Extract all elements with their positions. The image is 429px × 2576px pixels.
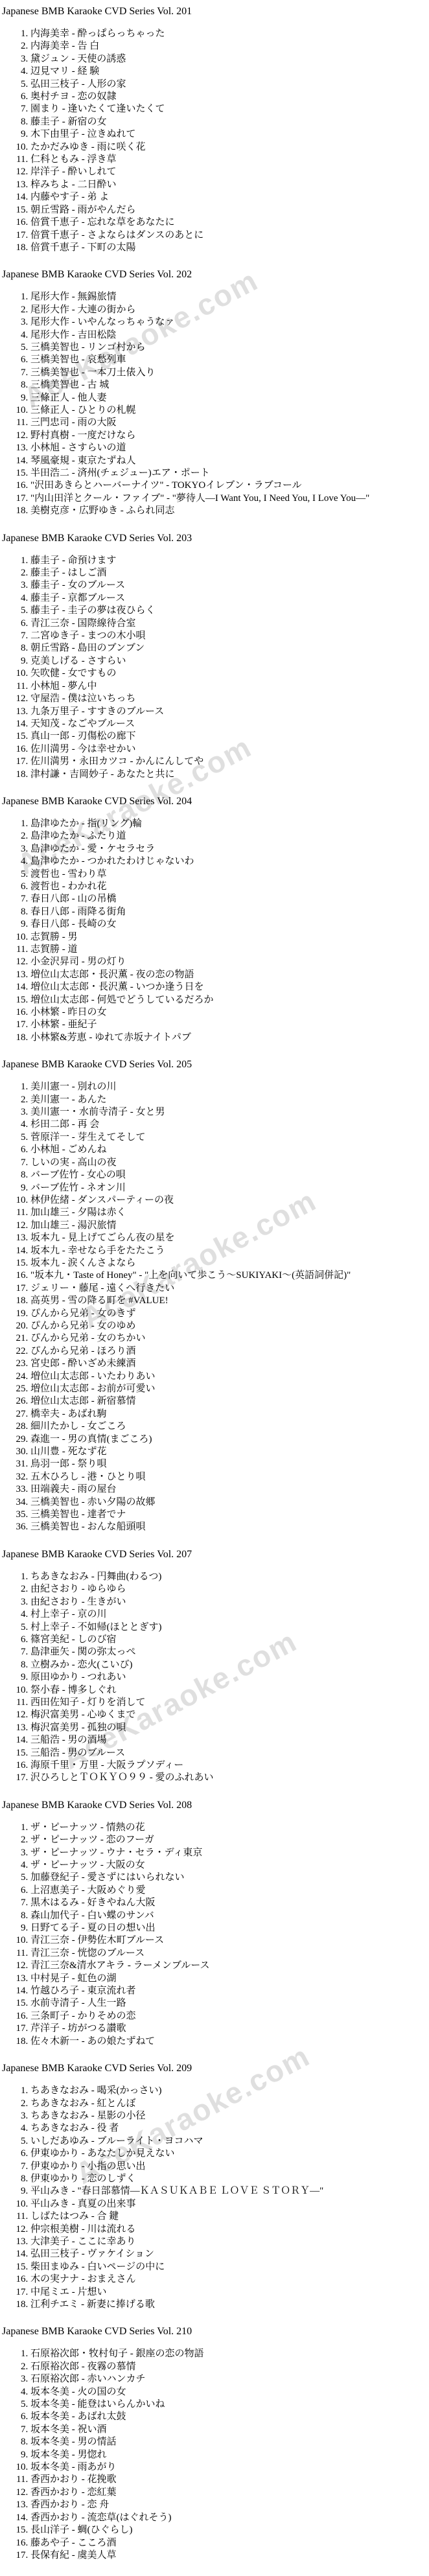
section-title: Japanese BMB Karaoke CVD Series Vol. 210 xyxy=(2,2325,429,2338)
track-item: 坂本冬美 - 能登はいらんかいね xyxy=(30,2398,429,2411)
track-item: 藤あや子 - こころ酒 xyxy=(30,2537,429,2549)
track-item: 祭小春 - 博多しぐれ xyxy=(30,1684,429,1697)
track-item: 伊東ゆかり - 小指の思い出 xyxy=(30,2161,429,2173)
track-item: 石原裕次郎 - 赤いハンカチ xyxy=(30,2373,429,2385)
track-item: 橋幸夫 - あばれ駒 xyxy=(30,1408,429,1421)
track-item: 村上幸子 - 不如帰(ほととぎす) xyxy=(30,1621,429,1634)
series-section: Japanese BMB Karaoke CVD Series Vol. 207… xyxy=(2,1548,429,1785)
track-item: 田端義夫 - 雨の屋台 xyxy=(30,1483,429,1496)
track-item: たかだみゆき - 雨に咲く花 xyxy=(30,141,429,154)
track-item: 仲宗根美樹 - 川は流れる xyxy=(30,2223,429,2236)
track-item: 渡哲也 - わかれ花 xyxy=(30,881,429,893)
track-item: 海原千里・万里 - 大阪ラプソディー xyxy=(30,1759,429,1772)
track-item: 坂本冬美 - 男惚れ xyxy=(30,2449,429,2461)
track-list: 石原裕次郎・牧村旬子 - 銀座の恋の物語石原裕次郎 - 夜霧の慕情石原裕次郎 -… xyxy=(2,2348,429,2562)
track-item: 小林旭 - 夢ん中 xyxy=(30,680,429,693)
track-item: 尾形大作 - 無錫旅情 xyxy=(30,291,429,303)
track-item: 佐川満男 - 今は幸せかい xyxy=(30,743,429,756)
track-item: 三條正人 - 他人妻 xyxy=(30,392,429,404)
track-item: 江利チエミ - 新妻に捧げる歌 xyxy=(30,2299,429,2311)
track-item: 園まり - 逢いたくて逢いたくて xyxy=(30,103,429,115)
track-item: 尾形大作 - いやんなっちゃうなァ xyxy=(30,316,429,329)
section-title: Japanese BMB Karaoke CVD Series Vol. 209 xyxy=(2,2062,429,2075)
track-item: 小金沢昇司 - 男の灯り xyxy=(30,956,429,968)
track-item: 森進一 - 男の真情(まごころ) xyxy=(30,1433,429,1446)
track-item: 五木ひろし - 港・ひとり唄 xyxy=(30,1471,429,1483)
track-item: 三船浩 - 男の酒場 xyxy=(30,1734,429,1746)
section-title: Japanese BMB Karaoke CVD Series Vol. 204 xyxy=(2,795,429,808)
track-list: 藤圭子 - 命預けます藤圭子 - はしご酒藤圭子 - 女のブルース藤圭子 - 京… xyxy=(2,555,429,781)
track-item: 尾形大作 - 吉田松陰 xyxy=(30,329,429,342)
track-item: 伊東ゆかり - 恋のしずく xyxy=(30,2173,429,2185)
series-section: Japanese BMB Karaoke CVD Series Vol. 208… xyxy=(2,1799,429,2048)
track-item: 渡哲也 - 雪わり草 xyxy=(30,868,429,881)
track-item: 三橋美智也 - 哀愁列車 xyxy=(30,354,429,366)
track-item: 尾形大作 - 大連の街から xyxy=(30,304,429,316)
track-item: 坂本冬美 - 祝い酒 xyxy=(30,2424,429,2436)
track-item: 小林繁 - 亜紀子 xyxy=(30,1019,429,1031)
track-item: 梅沢富美男 - 心ゆくまで xyxy=(30,1709,429,1721)
track-item: 倍賞千恵子 - さよならはダンスのあとに xyxy=(30,229,429,242)
track-item: "内山田洋とクール・ファイブ" - "夢待人―I Want You, I Nee… xyxy=(30,493,429,505)
track-item: 加山雄三 - 湯沢旅情 xyxy=(30,1220,429,1232)
track-item: 島津ゆたか - ふたり道 xyxy=(30,830,429,842)
track-item: 青江三奈 - 恍惚のブルース xyxy=(30,1947,429,1960)
track-item: 坂本冬美 - 雨あがり xyxy=(30,2461,429,2474)
track-item: 長山洋子 - 蜩(ひぐらし) xyxy=(30,2524,429,2536)
track-item: 辺見マリ - 経 験 xyxy=(30,65,429,78)
track-item: ぴんから兄弟 - 女のちかい xyxy=(30,1332,429,1345)
track-item: 島津ゆたか - つかれたわけじゃないわ xyxy=(30,855,429,868)
track-item: 半田浩二 - 済州(チェジュー)エア・ポート xyxy=(30,467,429,480)
track-item: 志賀勝 - 男 xyxy=(30,931,429,944)
track-item: 林伊佐緒 - ダンスパーティーの夜 xyxy=(30,1194,429,1207)
track-item: 高英男 - 雪の降る町を #VALUE! xyxy=(30,1295,429,1307)
track-item: ジェリー・藤尾 - 遠くへ行きたい xyxy=(30,1282,429,1295)
track-item: 琴風豪規 - 東京たずね人 xyxy=(30,455,429,467)
track-item: 天知茂 - なごやブルース xyxy=(30,718,429,730)
track-item: 木下由里子 - 泣きぬれて xyxy=(30,128,429,141)
track-item: 矢吹健 - 女ですもの xyxy=(30,667,429,680)
track-item: 平山みき - 真夏の出来事 xyxy=(30,2198,429,2210)
track-item: 春日八郎 - 雨降る街角 xyxy=(30,906,429,918)
track-item: 木の実ナナ - おまえさん xyxy=(30,2273,429,2286)
track-item: 三橋美智也 - 達者でナ xyxy=(30,1509,429,1521)
track-item: 上沼恵美子 - 大阪めぐり愛 xyxy=(30,1885,429,1897)
track-item: ちあきなおみ - 円舞曲(わるつ) xyxy=(30,1571,429,1583)
track-item: 真山一郎 - 刃傷松の廊下 xyxy=(30,730,429,743)
track-item: 梅沢富美男 - 孤独の唄 xyxy=(30,1722,429,1734)
track-item: 増位山太志郎 - 何処でどうしているだろか xyxy=(30,994,429,1006)
track-item: 内海美幸 - 酔っぱらっちゃった xyxy=(30,28,429,40)
track-item: 三橋美智也 - 古 城 xyxy=(30,379,429,391)
track-item: 増位山太志郎・長沢薫 - いつか逢う日を xyxy=(30,981,429,993)
track-item: 内海美幸 - 告 白 xyxy=(30,40,429,52)
track-item: ザ・ピーナッツ - ウナ・セラ・ディ東京 xyxy=(30,1847,429,1859)
track-item: 篠宮美紀 - しのび宿 xyxy=(30,1634,429,1646)
track-item: 坂本冬美 - あばれ太鼓 xyxy=(30,2411,429,2423)
track-item: ザ・ピーナッツ - 情熱の花 xyxy=(30,1822,429,1834)
section-title: Japanese BMB Karaoke CVD Series Vol. 207 xyxy=(2,1548,429,1561)
track-item: 仁科ともみ - 浮き草 xyxy=(30,154,429,166)
track-item: 島津ゆたか - 指(リング)輪 xyxy=(30,818,429,830)
track-list: 尾形大作 - 無錫旅情尾形大作 - 大連の街から尾形大作 - いやんなっちゃうな… xyxy=(2,291,429,517)
track-item: 三條正人 - ひとりの札幌 xyxy=(30,404,429,417)
track-item: 水前寺清子 - 人生一路 xyxy=(30,1997,429,2010)
track-item: 竹越ひろ子 - 東京流れ者 xyxy=(30,1985,429,1997)
track-item: 坂本冬美 - 男の情話 xyxy=(30,2436,429,2448)
track-item: 倍賞千恵子 - 下町の太陽 xyxy=(30,242,429,254)
track-list: ちあきなおみ - 円舞曲(わるつ)由紀さおり - ゆらゆら由紀さおり - 生きが… xyxy=(2,1571,429,1785)
track-item: しばたはつみ - 合 鍵 xyxy=(30,2210,429,2223)
track-item: 黛ジュン - 天使の誘惑 xyxy=(30,53,429,65)
track-item: 石原裕次郎・牧村旬子 - 銀座の恋の物語 xyxy=(30,2348,429,2360)
track-item: 中尾ミエ - 片想い xyxy=(30,2286,429,2299)
track-item: 香西かおり - 花挽歌 xyxy=(30,2474,429,2486)
track-item: 三橋美智也 - おんな船頭唄 xyxy=(30,1521,429,1533)
track-item: 津村謙・吉岡妙子 - あなたと共に xyxy=(30,769,429,781)
track-item: 三橋美智也 - 赤い夕陽の故郷 xyxy=(30,1496,429,1509)
track-item: 三橋美智也 - 一本刀土俵入り xyxy=(30,367,429,379)
track-list: 島津ゆたか - 指(リング)輪島津ゆたか - ふたり道島津ゆたか - 愛・ケセラ… xyxy=(2,818,429,1044)
track-item: 美樹克彦・広野ゆき - ふられ同志 xyxy=(30,505,429,517)
track-item: ぴんから兄弟 - 女のきず xyxy=(30,1308,429,1320)
series-section: Japanese BMB Karaoke CVD Series Vol. 204… xyxy=(2,795,429,1044)
track-item: 九条万里子 - すすきのブルース xyxy=(30,706,429,718)
track-item: 美川憲一・水前寺清子 - 女と男 xyxy=(30,1106,429,1119)
track-item: 小林旭 - さすらいの道 xyxy=(30,442,429,454)
track-item: ちあきなおみ - 星影の小径 xyxy=(30,2110,429,2122)
section-title: Japanese BMB Karaoke CVD Series Vol. 202 xyxy=(2,268,429,281)
track-item: バーブ佐竹 - 女心の唄 xyxy=(30,1169,429,1181)
track-item: 三条町子 - かりそめの恋 xyxy=(30,2010,429,2023)
track-item: 香西かおり - 恋 舟 xyxy=(30,2499,429,2511)
track-item: 坂本九 - 涙くんさよなら xyxy=(30,1257,429,1270)
track-item: 春日八郎 - 長崎の女 xyxy=(30,918,429,931)
track-item: 菅原洋一 - 芽生えてそして xyxy=(30,1131,429,1144)
track-item: 由紀さおり - ゆらゆら xyxy=(30,1583,429,1595)
track-item: 坂本九 - 幸せなら手をたたこう xyxy=(30,1245,429,1257)
track-list: 内海美幸 - 酔っぱらっちゃった内海美幸 - 告 白黛ジュン - 天使の誘惑辺見… xyxy=(2,28,429,254)
track-item: "沢田あきらとハーバーナイツ" - TOKYOイレブン・ラブコール xyxy=(30,480,429,492)
track-item: 長保有紀 - 虞美人草 xyxy=(30,2549,429,2562)
track-item: 春日八郎 - 山の吊橋 xyxy=(30,893,429,905)
track-item: 野村真樹 - 一度だけなら xyxy=(30,430,429,442)
track-item: 増位山太志郎 - いたわりあい xyxy=(30,1371,429,1383)
karaoke-series-listing: Japanese BMB Karaoke CVD Series Vol. 201… xyxy=(2,5,429,2562)
track-item: 村上幸子 - 京の川 xyxy=(30,1608,429,1621)
track-item: 由紀さおり - 生きがい xyxy=(30,1596,429,1608)
track-item: 香西かおり - 流恋草(はぐれそう) xyxy=(30,2512,429,2524)
section-title: Japanese BMB Karaoke CVD Series Vol. 208 xyxy=(2,1799,429,1812)
track-item: 藤圭子 - 圭子の夢は夜ひらく xyxy=(30,605,429,617)
track-item: 立樹みか - 恋火(こいび) xyxy=(30,1659,429,1671)
section-title: Japanese BMB Karaoke CVD Series Vol. 203 xyxy=(2,532,429,545)
series-section: Japanese BMB Karaoke CVD Series Vol. 202… xyxy=(2,268,429,517)
track-item: 岸洋子 - 酔いしれて xyxy=(30,166,429,178)
track-item: 美川憲一 - あんた xyxy=(30,1094,429,1106)
track-item: 倍賞千恵子 - 忘れな草をあなたに xyxy=(30,216,429,229)
track-item: 伊東ゆかり - あなたしか見えない xyxy=(30,2148,429,2160)
track-item: 小林繁&芳恵 - ゆれて赤坂ナイトパブ xyxy=(30,1032,429,1044)
track-item: 佐川満男・永田カツコ - かんにんしてや xyxy=(30,756,429,768)
track-item: 守屋浩 - 僕は泣いちっち xyxy=(30,693,429,705)
track-item: 西田佐知子 - 灯りを消して xyxy=(30,1697,429,1709)
track-item: 弘田三枝子 - ヴァケイション xyxy=(30,2248,429,2260)
track-item: 宮史郎 - 酔いざめ未練酒 xyxy=(30,1358,429,1370)
track-item: 三門忠司 - 雨の大阪 xyxy=(30,417,429,429)
track-item: 平山みき - "春日部慕情―ＫＡＳＵＫＡＢＥ ＬＯＶＥ ＳＴＯＲＹ―" xyxy=(30,2185,429,2198)
series-section: Japanese BMB Karaoke CVD Series Vol. 201… xyxy=(2,5,429,254)
track-item: ちあきなおみ - 役 者 xyxy=(30,2122,429,2135)
series-section: Japanese BMB Karaoke CVD Series Vol. 203… xyxy=(2,532,429,781)
track-item: 増位山太志郎・長沢薫 - 夜の恋の物語 xyxy=(30,969,429,981)
track-item: 藤圭子 - はしご酒 xyxy=(30,567,429,579)
series-section: Japanese BMB Karaoke CVD Series Vol. 209… xyxy=(2,2062,429,2311)
track-item: 大津美子 - ここに幸あり xyxy=(30,2236,429,2248)
track-list: ザ・ピーナッツ - 情熱の花ザ・ピーナッツ - 恋のフーガザ・ピーナッツ - ウ… xyxy=(2,1822,429,2048)
track-item: 佐々木新一 - あの娘たずねて xyxy=(30,2036,429,2048)
track-item: 島津亜矢 - 関の弥太っぺ xyxy=(30,1646,429,1658)
track-item: 藤圭子 - 新宿の女 xyxy=(30,116,429,128)
track-item: 中村晃子 - 虹色の湖 xyxy=(30,1973,429,1985)
track-item: 藤圭子 - 命預けます xyxy=(30,555,429,567)
track-item: ザ・ピーナッツ - 大阪の女 xyxy=(30,1859,429,1872)
series-section: Japanese BMB Karaoke CVD Series Vol. 210… xyxy=(2,2325,429,2562)
section-title: Japanese BMB Karaoke CVD Series Vol. 201 xyxy=(2,5,429,18)
track-item: 三橋美智也 - リンゴ村から xyxy=(30,342,429,354)
track-item: 杉田二郎 - 再 会 xyxy=(30,1119,429,1131)
track-item: 増位山太志郎 - お前が可愛い xyxy=(30,1383,429,1395)
track-item: 坂本九 - 見上げてごらん夜の星を xyxy=(30,1232,429,1244)
track-item: 三船浩 - 男のブルース xyxy=(30,1747,429,1759)
track-item: バーブ佐竹 - ネオン川 xyxy=(30,1182,429,1194)
track-item: 細川たかし - 女ごころ xyxy=(30,1421,429,1433)
track-item: 藤圭子 - 女のブルース xyxy=(30,579,429,592)
track-item: 青江三奈&清水アキラ - ラーメンブルース xyxy=(30,1960,429,1972)
track-item: 沢ひろしとＴＯＫＹＯ９９ - 愛のふれあい xyxy=(30,1772,429,1784)
section-title: Japanese BMB Karaoke CVD Series Vol. 205 xyxy=(2,1058,429,1071)
track-item: しいの実 - 高山の夜 xyxy=(30,1157,429,1169)
track-item: 小林繁 - 昨日の女 xyxy=(30,1006,429,1019)
track-item: ザ・ピーナッツ - 恋のフーガ xyxy=(30,1834,429,1846)
track-item: 弘田三枝子 - 人形の家 xyxy=(30,78,429,91)
track-item: ちあきなおみ - 紅とんぼ xyxy=(30,2098,429,2110)
track-item: 朝丘雪路 - 雨がやんだら xyxy=(30,204,429,216)
track-list: 美川憲一 - 別れの川美川憲一 - あんた美川憲一・水前寺清子 - 女と男杉田二… xyxy=(2,1081,429,1534)
track-item: 志賀勝 - 道 xyxy=(30,944,429,956)
track-item: 柴田まゆみ - 白いページの中に xyxy=(30,2261,429,2273)
track-item: 増位山太志郎 - 新宿慕情 xyxy=(30,1395,429,1408)
track-item: ちあきなおみ - 喝采(かっさい) xyxy=(30,2085,429,2097)
track-item: 朝丘雪路 - 島田のブンブン xyxy=(30,642,429,655)
track-item: "坂本九・Taste of Honey" - "上を向いて歩こう～SUKIYAK… xyxy=(30,1270,429,1282)
track-item: 島津ゆたか - 愛・ケセラセラ xyxy=(30,843,429,855)
track-item: 日野てる子 - 夏の日の想い出 xyxy=(30,1922,429,1934)
track-item: ぴんから兄弟 - ほろり酒 xyxy=(30,1345,429,1358)
track-item: 藤圭子 - 京都ブルース xyxy=(30,592,429,605)
track-item: 小林旭 - ごめんね xyxy=(30,1144,429,1156)
track-item: 黒木はるみ - 好きやねん大阪 xyxy=(30,1897,429,1909)
track-item: 石原裕次郎 - 夜霧の慕情 xyxy=(30,2361,429,2373)
track-item: 加藤登紀子 - 愛さずにはいられない xyxy=(30,1872,429,1884)
track-item: 坂本冬美 - 火の国の女 xyxy=(30,2386,429,2398)
track-item: 加山雄三 - 夕陽は赤く xyxy=(30,1207,429,1219)
track-item: 山川豊 - 死なず花 xyxy=(30,1446,429,1458)
track-list: ちあきなおみ - 喝采(かっさい)ちあきなおみ - 紅とんぼちあきなおみ - 星… xyxy=(2,2085,429,2311)
track-item: 内藤やす子 - 弟 よ xyxy=(30,191,429,203)
track-item: 美川憲一 - 別れの川 xyxy=(30,1081,429,1093)
track-item: いしだあゆみ - ブルーライト・ヨコハマ xyxy=(30,2135,429,2148)
track-item: 克美しげる - さすらい xyxy=(30,655,429,667)
track-item: 芹洋子 - 坊がつる讃歌 xyxy=(30,2023,429,2035)
track-item: 原田ゆかり - つれあい xyxy=(30,1671,429,1684)
track-item: 奥村チヨ - 恋の奴隷 xyxy=(30,91,429,103)
track-item: 森山加代子 - 白い蝶のサンバ xyxy=(30,1910,429,1922)
track-item: 青江三奈 - 伊勢佐木町ブルース xyxy=(30,1934,429,1947)
track-item: 香西かおり - 恋紅葉 xyxy=(30,2487,429,2499)
series-section: Japanese BMB Karaoke CVD Series Vol. 205… xyxy=(2,1058,429,1534)
track-item: ぴんから兄弟 - 女のゆめ xyxy=(30,1320,429,1332)
track-item: 梓みちよ - 二日酔い xyxy=(30,179,429,191)
track-item: 二宮ゆき子 - まつの木小唄 xyxy=(30,630,429,642)
track-item: 青江三奈 - 国際線待合室 xyxy=(30,618,429,630)
track-item: 鳥羽一郎 - 祭り唄 xyxy=(30,1458,429,1470)
